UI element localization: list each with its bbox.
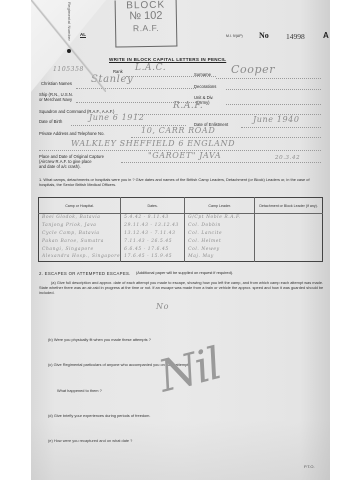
block-stamp: BLOCK № 102 R.A.F. — [115, 0, 178, 48]
christian-names-rule — [76, 88, 196, 89]
squadron-value: R.A.F. — [173, 101, 203, 111]
surname-label: Surname — [194, 72, 211, 77]
form-number: M.I. 9/(AP) — [226, 34, 243, 38]
dob-label: Date of Birth — [39, 119, 62, 124]
camp-cell: Tanjong Priok, Java — [39, 222, 121, 230]
camp-cell: Cycle Camp, Batavia — [39, 230, 121, 238]
serial-number: 14998 — [286, 32, 305, 41]
serial-suffix: A — [323, 31, 329, 40]
question-e: (e) How were you recaptured and on what … — [48, 438, 132, 443]
nil-scrawl: Nil — [154, 338, 225, 402]
leader-cell: Col. Lancite — [185, 230, 255, 238]
detachment-cell — [255, 222, 323, 230]
dob-value: June 6 1912 — [89, 113, 144, 122]
leader-cell: Col. Dobbin — [185, 222, 255, 230]
detachment-cell — [255, 230, 323, 238]
rank-value: L.A.C. — [135, 63, 166, 73]
dates-cell: 7.11.43 - 26.5.45 — [121, 237, 185, 245]
enlistment-value: June 1940 — [253, 115, 300, 124]
table-row: Tanjong Priok, Java 29.11.43 - 13.12.43 … — [39, 222, 323, 230]
capture-rule — [121, 162, 321, 163]
dates-cell: 13.12.43 - 7.11.43 — [121, 230, 185, 238]
camps-table-header: Camp or Hospital. Dates. Camp Leader. De… — [39, 198, 323, 214]
table-row: Boei Glodok, Batavia 5.4.42 - 8.11.43 G/… — [39, 214, 323, 222]
question-d: (d) Give briefly your experiences during… — [48, 413, 151, 418]
capture-date-value: 20.3.42 — [275, 155, 300, 161]
leader-cell: Col. Helmet — [185, 237, 255, 245]
camps-table: Camp or Hospital. Dates. Camp Leader. De… — [38, 197, 323, 262]
pow-questionnaire-page: Regimental Number AL BLOCK № 102 R.A.F. … — [31, 0, 330, 480]
surname-rule — [216, 78, 321, 79]
camp-cell: Alexandra Hosp., Singapore — [39, 253, 121, 261]
question-a-answer: No — [156, 302, 169, 311]
camp-cell: Changi, Singapore — [39, 245, 121, 253]
table-row: Pakan Baroe, Sumatra 7.11.43 - 26.5.45 C… — [39, 237, 323, 245]
dates-cell: 6.6.45 - 17.6.45 — [121, 245, 185, 253]
section2-heading-note: (Additional paper will be supplied on re… — [136, 271, 233, 276]
question-a: (a) Give full description and approx. da… — [39, 280, 324, 295]
dates-cell: 5.4.42 - 8.11.43 — [121, 214, 185, 222]
camp-cell: Boei Glodok, Batavia — [39, 214, 121, 222]
detachment-cell — [255, 214, 323, 222]
christian-names-label: Christian Names — [41, 81, 72, 86]
regimental-number-value: 1105358 — [53, 66, 84, 73]
section1-question: 1. What camps, detachments or hospitals … — [39, 178, 324, 187]
christian-names-value: Stanley — [91, 74, 133, 85]
fold-side-text: Regimental Number — [67, 2, 72, 41]
stamp-line-3: R.A.F. — [116, 22, 176, 33]
column-header-dates: Dates. — [121, 198, 185, 214]
surname-value: Cooper — [231, 63, 275, 76]
column-header-camp: Camp or Hospital. — [39, 198, 121, 214]
decorations-rule — [226, 89, 321, 90]
decorations-label: Decorations — [194, 84, 216, 89]
table-row: Cycle Camp, Batavia 13.12.43 - 7.11.43 C… — [39, 230, 323, 238]
address-line-2: WALKLEY SHEFFIELD 6 ENGLAND — [71, 139, 235, 148]
form-instruction: WRITE IN BLOCK CAPITAL LETTERS IN PENCIL — [109, 57, 226, 62]
fold-label-fragment: AL — [80, 32, 86, 37]
leader-cell: Col. Newey — [185, 245, 255, 253]
leader-cell: G/Cpt Noble R.A.F. — [185, 214, 255, 222]
punch-hole — [67, 49, 71, 53]
detachment-cell — [255, 253, 323, 261]
please-turn-over: P.T.O. — [304, 464, 315, 469]
column-header-camp-leader: Camp Leader. — [185, 198, 255, 214]
detachment-cell — [255, 245, 323, 253]
capture-place-value: "GAROET" JAVA — [148, 151, 221, 160]
capture-label-3: and date of a/c crash). — [39, 164, 81, 169]
number-label: No — [259, 31, 269, 40]
table-row: Changi, Singapore 6.6.45 - 17.6.45 Col. … — [39, 245, 323, 253]
question-b: (b) Were you physically fit when you mad… — [48, 337, 151, 342]
enlistment-rule — [241, 127, 321, 128]
leader-cell: Maj. May — [185, 253, 255, 261]
address-rule-1 — [131, 137, 321, 138]
address-line-1: 10, CARR ROAD — [141, 126, 215, 135]
stamp-line-2: № 102 — [116, 9, 176, 22]
dates-cell: 29.11.43 - 13.12.43 — [121, 222, 185, 230]
address-label: Private Address and Telephone No. — [39, 131, 105, 136]
detachment-cell — [255, 237, 323, 245]
ship-label-2: or Merchant Navy — [39, 97, 72, 102]
question-c-followup: What happened to them ? — [57, 388, 102, 393]
dates-cell: 17.6.45 - 15.9.45 — [121, 253, 185, 261]
column-header-detachment-leader: Detachment or Block Leader (if any). — [255, 198, 323, 214]
camp-cell: Pakan Baroe, Sumatra — [39, 237, 121, 245]
unit-rule — [226, 104, 321, 105]
section2-heading: 2. ESCAPES OR ATTEMPTED ESCAPES. — [39, 271, 131, 276]
table-row: Alexandra Hosp., Singapore 17.6.45 - 15.… — [39, 253, 323, 261]
